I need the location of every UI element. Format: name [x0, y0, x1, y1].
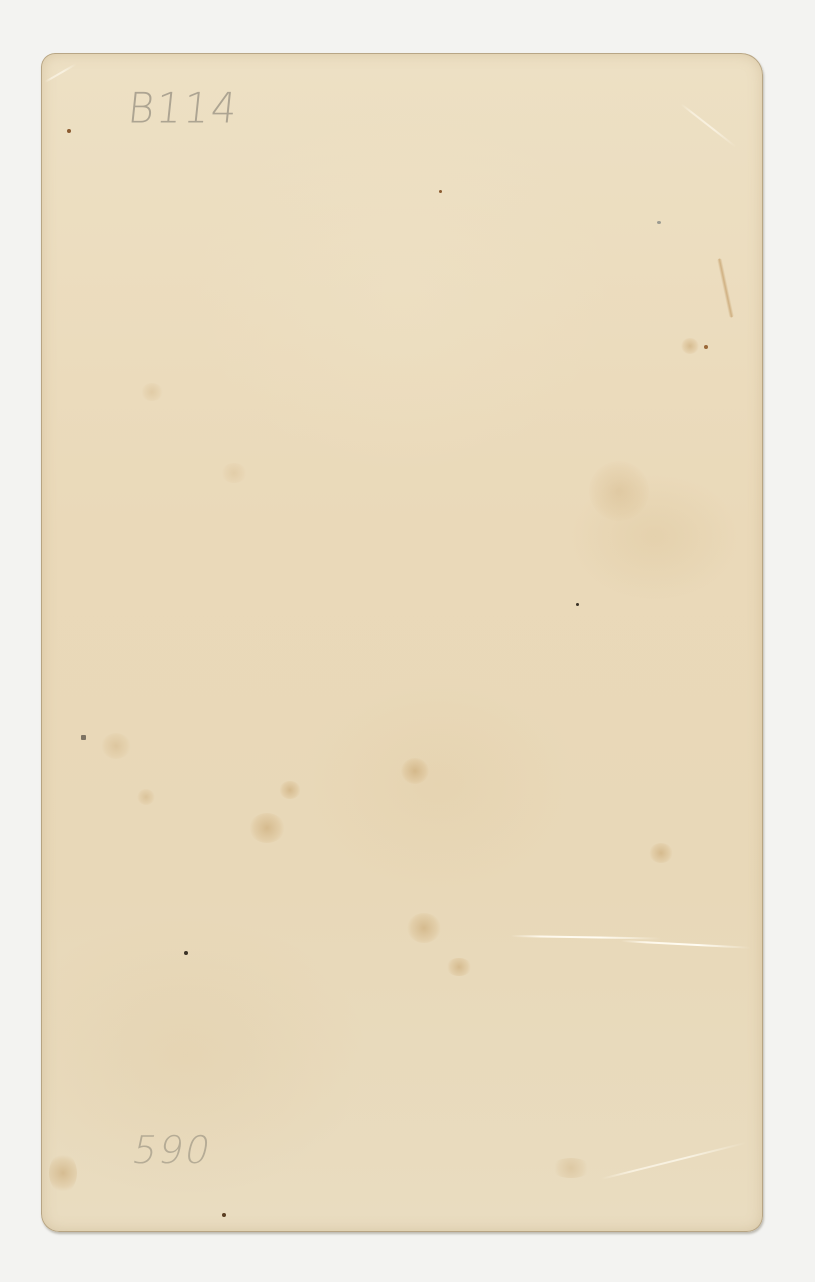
foxing-stain — [137, 789, 155, 805]
pencil-annotation-bottom: 590 — [128, 1128, 216, 1172]
dirt-speck — [439, 190, 442, 193]
paper-crease — [601, 1142, 747, 1180]
card-back — [41, 53, 763, 1232]
foxing-stain — [249, 813, 285, 843]
foxing-stain — [279, 781, 301, 799]
discoloration-streak — [717, 258, 734, 318]
foxing-stain — [551, 1158, 591, 1178]
foxing-stain — [221, 463, 247, 483]
foxing-stain — [101, 733, 131, 759]
scan-background: B114 590 — [0, 0, 815, 1282]
dirt-speck — [704, 345, 708, 349]
paper-crease — [621, 940, 751, 949]
foxing-stain — [141, 383, 163, 401]
dirt-speck — [222, 1213, 226, 1217]
paper-crease — [511, 935, 661, 940]
foxing-stain — [49, 1153, 77, 1193]
foxing-stain — [681, 338, 699, 354]
foxing-stain — [407, 913, 441, 943]
paper-crease — [45, 63, 77, 83]
paper-crease — [680, 103, 736, 148]
foxing-stain — [446, 958, 472, 976]
pencil-annotation-top: B114 — [125, 85, 241, 133]
foxing-stain — [589, 461, 649, 521]
dirt-speck — [657, 221, 661, 224]
foxing-stain — [649, 843, 673, 863]
dirt-speck — [67, 129, 71, 133]
dirt-speck — [81, 735, 86, 740]
foxing-stain — [401, 758, 429, 784]
dirt-speck — [576, 603, 579, 606]
dirt-speck — [184, 951, 188, 955]
